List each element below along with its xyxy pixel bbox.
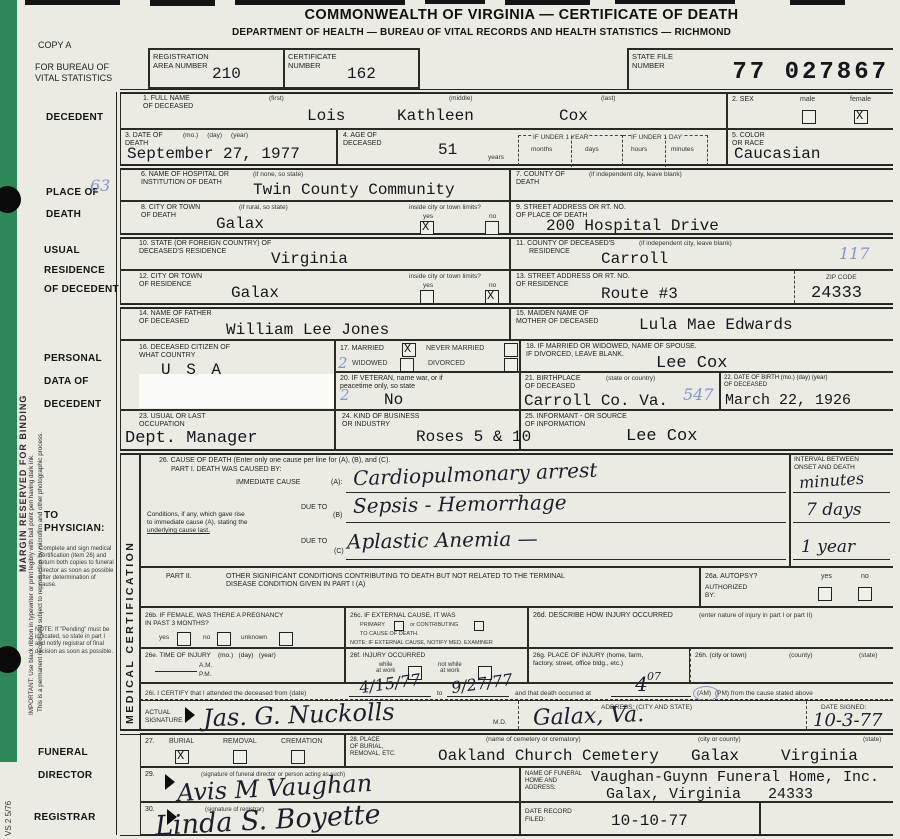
registration-area-box: REGISTRATION AREA NUMBER 210 bbox=[148, 48, 285, 89]
funeral-home-label: NAME OF FUNERAL HOME AND ADDRESS: bbox=[525, 771, 582, 793]
hospital-label: 6. NAME OF HOSPITAL OR INSTITUTION OF DE… bbox=[141, 171, 229, 188]
city-limits-yes-checkbox bbox=[420, 221, 434, 235]
scan-artifact bbox=[615, 0, 735, 4]
funeral-home-name: Vaughan-Guynn Funeral Home, Inc. bbox=[591, 769, 879, 786]
field-hospital: 6. NAME OF HOSPITAL OR INSTITUTION OF DE… bbox=[120, 168, 510, 201]
md-label: M.D. bbox=[493, 719, 507, 726]
date-of-birth-value: March 22, 1926 bbox=[725, 392, 851, 409]
section-personal: PERSONAL DATA OF DECEDENT bbox=[44, 347, 102, 416]
signature-arrow bbox=[185, 707, 195, 723]
copy-for-label: FOR BUREAU OF VITAL STATISTICS bbox=[35, 62, 112, 84]
autopsy-yes-label: yes bbox=[821, 573, 832, 580]
punch-hole bbox=[0, 186, 21, 213]
hours-label: hours bbox=[631, 146, 647, 153]
field-residence-state: 10. STATE (OR FOREIGN COUNTRY) OF DECEAS… bbox=[120, 237, 510, 270]
punch-hole bbox=[0, 646, 21, 673]
father-value: William Lee Jones bbox=[226, 321, 389, 339]
never-married-label: NEVER MARRIED bbox=[426, 345, 484, 352]
field-father: 14. NAME OF FATHER OF DECEASED William L… bbox=[120, 307, 510, 340]
burial-city-hint: (city or county) bbox=[698, 736, 741, 743]
how-injury-label: 26d. DESCRIBE HOW INJURY OCCURRED bbox=[533, 612, 673, 620]
field-pregnancy: 26b. IF FEMALE, WAS THERE A PREGNANCY IN… bbox=[140, 607, 345, 648]
certify-row: 26i. I CERTIFY that I attended the decea… bbox=[140, 683, 893, 700]
birthplace-label: 21. BIRTHPLACE OF DECEASED bbox=[525, 375, 581, 392]
field-marital-status: 17. MARRIED NEVER MARRIED 2 WIDOWED DIVO… bbox=[335, 340, 520, 372]
field-registrar-signature: 30. (signature of registrar) Linda S. Bo… bbox=[140, 802, 520, 835]
city-of-death-value: Galax bbox=[216, 215, 264, 233]
funeral-home-address: Galax, Virginia 24333 bbox=[606, 786, 813, 803]
residence-state-label: 10. STATE (OR FOREIGN COUNTRY) OF DECEAS… bbox=[139, 240, 271, 257]
removal-checkbox bbox=[233, 750, 247, 764]
signature-divider bbox=[518, 701, 519, 729]
annotation-2-widowed: 2 bbox=[338, 354, 348, 372]
place-of-burial-label: 28. PLACE OF BURIAL, REMOVAL, ETC. bbox=[350, 737, 396, 759]
cause-b-label: (B) bbox=[333, 512, 342, 520]
field-place-of-injury: 26g. PLACE OF INJURY (home, farm, factor… bbox=[528, 648, 690, 683]
birthplace-value: Carroll Co. Va. bbox=[524, 392, 668, 410]
divorced-label: DIVORCED bbox=[428, 360, 465, 367]
field-date-record-filed: DATE RECORD FILED: 10-10-77 bbox=[520, 802, 760, 835]
conditions-note: Conditions, if any, which gave rise to i… bbox=[147, 511, 247, 527]
full-name-label: 1. FULL NAME OF DECEASED bbox=[143, 95, 193, 112]
burial-city-value: Galax bbox=[691, 747, 739, 765]
conditions-note-underlined: underlying cause last. bbox=[147, 527, 210, 535]
injury-occurred-label: 26f. INJURY OCCURRED bbox=[350, 652, 425, 660]
interval-c-value: 1 year bbox=[801, 537, 855, 557]
page-title: COMMONWEALTH OF VIRGINIA — CERTIFICATE O… bbox=[150, 7, 893, 23]
annotation-547: 547 bbox=[683, 385, 714, 404]
business-label: 24. KIND OF BUSINESS OR INDUSTRY bbox=[342, 413, 419, 430]
pregnancy-yes-checkbox bbox=[177, 632, 191, 646]
field-street-of-death: 9. STREET ADDRESS OR RT. NO. OF PLACE OF… bbox=[510, 201, 893, 234]
cause-c-label: (C) bbox=[334, 548, 344, 556]
due-to-c-label: DUE TO bbox=[301, 538, 327, 546]
middle-hint: (middle) bbox=[449, 95, 472, 102]
autopsy-authorized-label: AUTHORIZED BY: bbox=[705, 584, 747, 600]
autopsy-yes-checkbox bbox=[818, 587, 832, 601]
age-label: 4. AGE OF DECEASED bbox=[343, 132, 382, 149]
interval-a-line bbox=[793, 492, 890, 493]
time-injury-label: 26e. TIME OF INJURY (mo.) (day) (year) bbox=[145, 652, 276, 660]
field-spouse: 18. IF MARRIED OR WIDOWED, NAME OF SPOUS… bbox=[520, 340, 893, 372]
registrar-num: 30. bbox=[145, 806, 155, 814]
cause-b-value: Sepsis - Hemorrhage bbox=[353, 490, 567, 518]
under-one-year-label: IF UNDER 1 YEAR bbox=[533, 134, 589, 141]
residence-state-value: Virginia bbox=[271, 250, 348, 268]
immediate-cause-label: IMMEDIATE CAUSE bbox=[236, 479, 300, 487]
city-limits-no-checkbox bbox=[485, 221, 499, 235]
street-of-death-value: 200 Hospital Drive bbox=[546, 217, 719, 235]
months-label: months bbox=[531, 146, 552, 153]
certify-time-line bbox=[611, 696, 691, 697]
section-residence: USUAL RESIDENCE OF DECEDENT bbox=[44, 241, 119, 300]
zip-label: ZIP CODE bbox=[826, 274, 857, 281]
cause-b-line bbox=[346, 522, 786, 523]
informant-value: Lee Cox bbox=[626, 427, 697, 446]
field-external-cause: 26c. IF EXTERNAL CAUSE, IT WAS PRIMARY o… bbox=[345, 607, 528, 648]
pm-line bbox=[155, 671, 197, 672]
first-hint: (first) bbox=[269, 95, 284, 102]
field-interval: INTERVAL BETWEEN ONSET AND DEATH minutes… bbox=[790, 453, 893, 567]
scan-artifact bbox=[25, 0, 120, 5]
interval-c-line bbox=[793, 559, 890, 560]
field-how-injury: 26d. DESCRIBE HOW INJURY OCCURRED (enter… bbox=[528, 607, 893, 648]
time-injury-am: A.M. bbox=[199, 662, 212, 669]
date-of-birth-label: 22. DATE OF BIRTH (mo.) (day) (year) OF … bbox=[724, 375, 827, 389]
external-note: NOTE: IF EXTERNAL CAUSE, NOTIFY MED. EXA… bbox=[350, 640, 493, 646]
residence-county-label2: RESIDENCE bbox=[529, 248, 570, 256]
residence-city-label: 12. CITY OR TOWN OF RESIDENCE bbox=[139, 273, 202, 290]
date-signed-divider bbox=[806, 701, 807, 729]
field-date-of-death: 3. DATE OF DEATH (mo.) (day) (year) Sept… bbox=[120, 129, 337, 165]
actual-signature-label: ACTUAL SIGNATURE bbox=[145, 709, 182, 725]
registration-area-value: 210 bbox=[212, 65, 241, 83]
field-sex: 2. SEX male female bbox=[727, 92, 893, 129]
field-date-of-birth: 22. DATE OF BIRTH (mo.) (day) (year) OF … bbox=[720, 372, 893, 410]
state-file-value: 77 027867 bbox=[732, 59, 889, 86]
not-while-at-work-label: not while at work bbox=[438, 662, 462, 674]
mother-value: Lula Mae Edwards bbox=[639, 316, 793, 334]
field-informant: 25. INFORMANT - OR SOURCE OF INFORMATION… bbox=[520, 410, 893, 450]
section-registrar: REGISTRAR bbox=[34, 812, 96, 823]
physician-signature: Jas. G. Nuckolls bbox=[203, 698, 396, 733]
burial-state-value: Virginia bbox=[781, 747, 858, 765]
how-injury-hint: (enter nature of injury in part I or par… bbox=[699, 612, 812, 619]
occupation-label: 23. USUAL OR LAST OCCUPATION bbox=[139, 413, 206, 430]
disposition-num: 27. bbox=[145, 738, 155, 746]
residence-county-value: Carroll bbox=[601, 250, 668, 268]
date-of-death-hints: (mo.) (day) (year) bbox=[183, 132, 248, 139]
field-injury-city: 26h. (city or town) (county) (state) bbox=[690, 648, 893, 683]
date-filed-label: DATE RECORD FILED: bbox=[525, 808, 572, 824]
field-business: 24. KIND OF BUSINESS OR INDUSTRY Roses 5… bbox=[335, 410, 520, 450]
section-decedent: DECEDENT bbox=[46, 112, 103, 123]
days-label: days bbox=[585, 146, 599, 153]
section-physician: TO PHYSICIAN: bbox=[44, 510, 105, 535]
field-city-of-death: 8. CITY OR TOWN OF DEATH (if rural, so s… bbox=[120, 201, 510, 234]
minutes-label: minutes bbox=[671, 146, 694, 153]
cause-a-label: (A): bbox=[331, 479, 342, 487]
never-married-checkbox bbox=[504, 343, 518, 357]
cremation-checkbox bbox=[291, 750, 305, 764]
spouse-value: Lee Cox bbox=[656, 354, 727, 373]
residence-limits-no-label: no bbox=[489, 282, 496, 289]
certify-time-minute: 07 bbox=[647, 670, 661, 683]
state-file-label: STATE FILE NUMBER bbox=[632, 52, 673, 70]
part2-text: OTHER SIGNIFICANT CONDITIONS CONTRIBUTIN… bbox=[226, 573, 691, 590]
field-occupation: 23. USUAL OR LAST OCCUPATION Dept. Manag… bbox=[120, 410, 335, 450]
pregnancy-no-label: no bbox=[203, 634, 210, 641]
residence-street-value: Route #3 bbox=[601, 285, 678, 303]
residence-county-hint: (if independent city, leave blank) bbox=[639, 240, 732, 247]
certify-to-word: to bbox=[437, 690, 442, 697]
redaction-box bbox=[139, 374, 334, 408]
physician-address: Galax, Va. bbox=[533, 702, 645, 731]
field-age: 4. AGE OF DECEASED 51 years IF UNDER 1 Y… bbox=[337, 129, 727, 165]
sex-male-checkbox bbox=[802, 110, 816, 124]
zip-divider bbox=[794, 271, 795, 303]
registrar-signature: Linda S. Boyette bbox=[154, 799, 381, 839]
informant-label: 25. INFORMANT - OR SOURCE OF INFORMATION bbox=[525, 413, 627, 430]
section-funeral: FUNERAL DIRECTOR bbox=[38, 741, 92, 787]
sex-female-label: female bbox=[850, 96, 871, 103]
cause-c-value: Aplastic Anemia — bbox=[347, 526, 538, 553]
residence-limits-yes-label: yes bbox=[423, 282, 433, 289]
external-primary-label: PRIMARY bbox=[360, 622, 385, 628]
certify-pre: 26i. I CERTIFY that I attended the decea… bbox=[145, 690, 306, 697]
field-cause-of-death: 26. CAUSE OF DEATH (Enter only one cause… bbox=[140, 453, 790, 567]
scan-artifact bbox=[425, 0, 485, 4]
city-limits-no-label: no bbox=[489, 213, 496, 220]
field-time-of-injury: 26e. TIME OF INJURY (mo.) (day) (year) A… bbox=[140, 648, 345, 683]
field-residence-city: 12. CITY OR TOWN OF RESIDENCE Galax insi… bbox=[120, 270, 510, 304]
scan-artifact bbox=[790, 0, 845, 5]
under-one-year-box: IF UNDER 1 YEAR months days bbox=[518, 135, 623, 166]
removal-label: REMOVAL bbox=[223, 738, 257, 745]
widowed-checkbox bbox=[400, 358, 414, 372]
city-limits-label: inside city or town limits? bbox=[409, 204, 481, 211]
under-one-day-box: IF UNDER 1 DAY hours minutes bbox=[623, 135, 708, 166]
certificate-number-value: 162 bbox=[347, 65, 376, 83]
burial-label: BURIAL bbox=[169, 738, 194, 745]
business-value: Roses 5 & 10 bbox=[416, 428, 531, 446]
zip-value: 24333 bbox=[811, 284, 862, 303]
director-num: 29. bbox=[145, 771, 155, 779]
medical-vertical-label: MEDICAL CERTIFICATION bbox=[124, 462, 136, 724]
field-county-of-death: 7. COUNTY OF DEATH (if independent city,… bbox=[510, 168, 893, 201]
residence-limits-label: inside city or town limits? bbox=[409, 273, 481, 280]
pregnancy-yes-label: yes bbox=[159, 634, 169, 641]
city-limits-yes-label: yes bbox=[423, 213, 433, 220]
veteran-value: No bbox=[384, 391, 403, 409]
copy-label: COPY A bbox=[38, 40, 71, 51]
state-file-box: STATE FILE NUMBER 77 027867 bbox=[627, 48, 893, 89]
race-value: Caucasian bbox=[734, 145, 820, 163]
while-at-work-label: while at work bbox=[376, 662, 395, 674]
sex-male-label: male bbox=[800, 96, 815, 103]
pregnancy-unknown-label: unknown bbox=[241, 634, 267, 641]
autopsy-no-label: no bbox=[861, 573, 869, 580]
injury-city-label: 26h. (city or town) bbox=[695, 652, 747, 660]
field-mother: 15. MAIDEN NAME OF MOTHER OF DECEASED Lu… bbox=[510, 307, 893, 340]
cremation-label: CREMATION bbox=[281, 738, 322, 745]
bottom-rule bbox=[120, 835, 893, 839]
sex-female-checkbox bbox=[854, 110, 868, 124]
widowed-label: WIDOWED bbox=[352, 360, 387, 367]
external-primary-checkbox bbox=[394, 621, 404, 631]
field-funeral-director-signature: 29. (signature of funeral director or pe… bbox=[140, 767, 520, 802]
hours-minutes-divider bbox=[665, 136, 666, 167]
hospital-hint: (if none, so state) bbox=[253, 171, 303, 178]
residence-city-value: Galax bbox=[231, 284, 279, 302]
pregnancy-no-checkbox bbox=[217, 632, 231, 646]
interval-a-value: minutes bbox=[798, 469, 864, 492]
autopsy-label: 26a. AUTOPSY? bbox=[705, 573, 757, 581]
place-injury-label: 26g. PLACE OF INJURY (home, farm, factor… bbox=[533, 652, 643, 668]
burial-checkbox bbox=[175, 750, 189, 764]
date-signed-value: 10-3-77 bbox=[813, 710, 882, 731]
months-days-divider bbox=[571, 136, 572, 167]
field-residence-street: 13. STREET ADDRESS OR RT. NO. OF RESIDEN… bbox=[510, 270, 893, 304]
field-residence-county: 11. COUNTY OF DECEASED'S (if independent… bbox=[510, 237, 893, 270]
field-funeral-home: NAME OF FUNERAL HOME AND ADDRESS: Vaugha… bbox=[520, 767, 893, 802]
married-label: 17. MARRIED bbox=[340, 345, 384, 353]
interval-b-value: 7 days bbox=[806, 500, 862, 520]
cause-c-line bbox=[346, 559, 786, 560]
age-years-label: years bbox=[488, 154, 504, 161]
pregnancy-label: 26b. IF FEMALE, WAS THERE A PREGNANCY IN… bbox=[145, 612, 283, 628]
date-filed-value: 10-10-77 bbox=[611, 812, 688, 830]
field-race: 5. COLOR OR RACE Caucasian bbox=[727, 129, 893, 165]
form-number: VS 2 5/76 bbox=[4, 764, 13, 836]
field-veteran: 20. IF VETERAN, name war, or if peacetim… bbox=[335, 372, 520, 410]
annotation-2-veteran: 2 bbox=[340, 386, 350, 404]
interval-b-line bbox=[793, 522, 890, 523]
county-of-death-label: 7. COUNTY OF DEATH bbox=[516, 171, 565, 188]
registration-area-label: REGISTRATION AREA NUMBER bbox=[153, 52, 209, 70]
annotation-63: 63 bbox=[90, 176, 110, 195]
death-certificate-scan: MARGIN RESERVED FOR BINDING IMPORTANT: U… bbox=[0, 0, 900, 839]
external-label: 26c. IF EXTERNAL CAUSE, IT WAS bbox=[350, 612, 456, 620]
part2-label: PART II. bbox=[166, 573, 192, 581]
scan-artifact bbox=[150, 0, 215, 6]
father-label: 14. NAME OF FATHER OF DECEASED bbox=[139, 310, 212, 327]
physician-signature-row: ACTUAL SIGNATURE Jas. G. Nuckolls M.D. A… bbox=[140, 700, 893, 730]
occupation-value: Dept. Manager bbox=[125, 429, 258, 448]
certificate-number-label: CERTIFICATE NUMBER bbox=[288, 52, 336, 70]
empty-cell bbox=[760, 802, 893, 835]
field-place-of-burial: 28. PLACE OF BURIAL, REMOVAL, ETC. (name… bbox=[345, 733, 893, 767]
field-full-name: 1. FULL NAME OF DECEASED (first) (middle… bbox=[120, 92, 727, 129]
director-arrow bbox=[165, 774, 175, 790]
annotation-117: 117 bbox=[839, 244, 870, 263]
age-value: 51 bbox=[438, 141, 457, 159]
veteran-label: 20. IF VETERAN, name war, or if peacetim… bbox=[340, 375, 443, 392]
citizen-label: 16. DECEASED CITIZEN OF WHAT COUNTRY bbox=[139, 344, 230, 361]
sex-label: 2. SEX bbox=[732, 96, 754, 104]
birthplace-hint: (state or country) bbox=[606, 375, 655, 382]
first-name-value: Lois bbox=[307, 107, 345, 125]
field-disposition: 27. BURIAL REMOVAL CREMATION bbox=[140, 733, 345, 767]
under-one-day-label: IF UNDER 1 DAY bbox=[631, 134, 682, 141]
middle-name-value: Kathleen bbox=[397, 107, 474, 125]
external-contributing-checkbox bbox=[474, 621, 484, 631]
pregnancy-unknown-checkbox bbox=[279, 632, 293, 646]
scan-artifact bbox=[505, 0, 590, 5]
residence-limits-no-checkbox bbox=[485, 290, 499, 304]
external-to-label: TO CAUSE OF DEATH. bbox=[360, 631, 418, 637]
time-injury-pm: P.M. bbox=[199, 671, 212, 678]
married-checkbox bbox=[402, 343, 416, 357]
field-part2: PART II. OTHER SIGNIFICANT CONDITIONS CO… bbox=[140, 567, 700, 607]
field-citizen: 16. DECEASED CITIZEN OF WHAT COUNTRY U S… bbox=[120, 340, 335, 410]
scan-artifact bbox=[235, 0, 405, 5]
form-left-rule bbox=[116, 92, 117, 835]
date-of-death-value: September 27, 1977 bbox=[127, 145, 300, 163]
divorced-checkbox bbox=[504, 358, 518, 372]
certificate-number-box: CERTIFICATE NUMBER 162 bbox=[285, 48, 420, 89]
margin-important-text: IMPORTANT: Use black ribbon in typewrite… bbox=[28, 235, 35, 715]
due-to-b-label: DUE TO bbox=[301, 504, 327, 512]
certify-post: (PM) from the cause stated above bbox=[715, 690, 813, 697]
injury-county-label: (county) bbox=[789, 652, 812, 659]
mother-label: 15. MAIDEN NAME OF MOTHER OF DECEASED bbox=[516, 310, 598, 327]
margin-binding-text: MARGIN RESERVED FOR BINDING bbox=[18, 322, 28, 572]
autopsy-no-checkbox bbox=[858, 587, 872, 601]
last-name-value: Cox bbox=[559, 107, 588, 125]
cemetery-hint: (name of cemetery or crematory) bbox=[486, 736, 581, 743]
injury-state-label: (state) bbox=[859, 652, 877, 659]
physician-note: NOTE: If "Pending" must be indicated, so… bbox=[35, 627, 115, 656]
city-of-death-label: 8. CITY OR TOWN OF DEATH bbox=[141, 204, 200, 221]
cause-header2: PART I. DEATH WAS CAUSED BY: bbox=[171, 466, 281, 474]
certify-time-hour: 4 bbox=[635, 672, 648, 696]
city-of-death-hint: (if rural, so state) bbox=[239, 204, 288, 211]
field-autopsy: 26a. AUTOPSY? yes no AUTHORIZED BY: bbox=[700, 567, 893, 607]
physician-instructions: Complete and sign medical certification … bbox=[39, 546, 115, 589]
certify-mid: and that death occurred at bbox=[515, 690, 591, 697]
cemetery-value: Oakland Church Cemetery bbox=[438, 747, 659, 765]
external-contributing-label: or CONTRIBUTING bbox=[410, 622, 458, 628]
cause-header1: 26. CAUSE OF DEATH (Enter only one cause… bbox=[159, 457, 390, 465]
medical-vertical-strip: MEDICAL CERTIFICATION bbox=[120, 453, 140, 730]
burial-state-hint: (state) bbox=[863, 736, 881, 743]
residence-limits-yes-checkbox bbox=[420, 290, 434, 304]
hospital-value: Twin County Community bbox=[253, 181, 455, 199]
field-birthplace: 21. BIRTHPLACE OF DECEASED (state or cou… bbox=[520, 372, 720, 410]
page-subtitle: DEPARTMENT OF HEALTH — BUREAU OF VITAL R… bbox=[110, 27, 853, 38]
last-hint: (last) bbox=[601, 95, 615, 102]
county-of-death-hint: (if independent city, leave blank) bbox=[589, 171, 682, 178]
